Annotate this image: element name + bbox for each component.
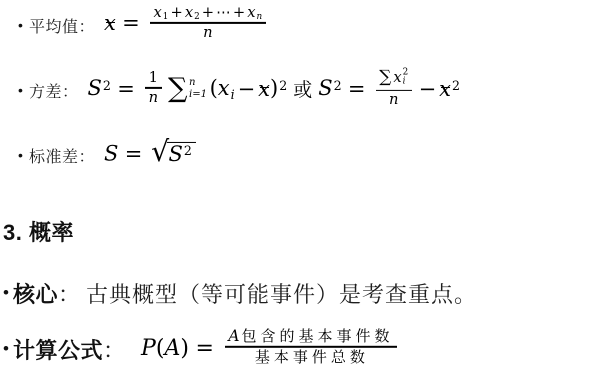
calc-formula-colon: ：	[103, 334, 125, 365]
math-token-bar: x	[104, 13, 116, 34]
math-token-sup: 2	[452, 78, 460, 93]
math-token-v: n	[149, 89, 158, 106]
math-token-sum: ∑ni=1	[168, 77, 207, 100]
math-token-v: x	[154, 3, 162, 20]
variance-label: 方差：	[29, 79, 79, 102]
math-token-v: S	[318, 77, 332, 101]
math-token-rel: =	[117, 77, 135, 101]
math-token-op: −	[419, 77, 437, 101]
math-token-op: +	[170, 3, 182, 20]
math-token-sub: i	[231, 87, 235, 102]
list-item-core: • 核心 ： 古典概型（等可能事件）是考查重点。	[3, 278, 477, 308]
math-token-sup: 2	[103, 78, 111, 93]
probability-formula: P(A)=A包含的基本事件数基本事件总数	[141, 331, 401, 367]
mean-label: 平均值：	[29, 14, 95, 37]
math-token-plain: (	[210, 77, 218, 101]
math-token-op: −	[238, 77, 256, 101]
math-token-v: S	[88, 77, 102, 101]
calc-formula-label: 计算公式	[13, 334, 103, 365]
math-token-sup: 2	[184, 143, 192, 158]
list-item-formula: • 计算公式 ： P(A)=A包含的基本事件数基本事件总数	[3, 320, 401, 378]
math-token-v: x	[218, 77, 230, 101]
math-token-v: S	[104, 142, 118, 166]
math-token-frac: A包含的基本事件数基本事件总数	[225, 329, 398, 365]
variance-formula: S2=1n∑ni=1(xi−x)2或S2=∑x2in−x2	[88, 70, 460, 109]
mean-formula: x=x1+x2+⋯+xnn	[104, 8, 270, 43]
math-token-plain: )	[180, 336, 189, 361]
math-token-rel: =	[196, 336, 214, 361]
list-item-mean: • 平均值： x=x1+x2+⋯+xnn	[18, 2, 270, 48]
math-token-op: +	[233, 3, 245, 20]
math-token-bar: x	[439, 79, 451, 100]
math-token-plain: )	[270, 77, 278, 101]
math-token-frac: x1+x2+⋯+xnn	[150, 5, 266, 40]
math-token-sub: n	[257, 12, 263, 22]
math-token-rel: =	[125, 142, 143, 166]
math-token-v: x	[247, 3, 255, 20]
document-page: • 平均值： x=x1+x2+⋯+xnn • 方差： S2=1n∑ni=1(xi…	[0, 0, 616, 391]
math-token-v: x	[185, 3, 193, 20]
stddev-formula: S=√S2	[104, 143, 196, 167]
math-token-sup: 2	[334, 78, 342, 93]
stddev-label: 标准差：	[29, 144, 95, 167]
math-token-supsub: 2i	[403, 69, 409, 88]
math-token-txt: 基本事件总数	[255, 349, 369, 366]
math-token-v: A	[164, 336, 180, 361]
bullet-icon: •	[18, 82, 29, 98]
math-token-plain: ⋯	[216, 3, 231, 20]
math-token-txt: 或	[293, 80, 312, 101]
math-token-frac: ∑x2in	[376, 68, 412, 107]
math-token-v: P	[141, 336, 156, 361]
math-token-v: n	[389, 91, 398, 108]
math-token-sub: 1	[163, 12, 169, 22]
math-token-op: +	[202, 3, 214, 20]
math-token-rel: =	[348, 77, 366, 101]
math-token-frac: 1n	[145, 71, 162, 106]
math-token-v: A	[228, 327, 239, 345]
list-item-variance: • 方差： S2=1n∑ni=1(xi−x)2或S2=∑x2in−x2	[18, 66, 460, 114]
math-token-v: n	[203, 24, 212, 41]
bullet-icon: •	[18, 17, 29, 33]
bullet-icon: •	[3, 283, 13, 303]
section-heading-probability: 3. 概率	[3, 216, 74, 247]
bullet-icon: •	[18, 147, 29, 163]
math-token-sub: 2	[194, 12, 200, 22]
math-token-txt: 包含的基本事件数	[241, 328, 393, 345]
core-text: 古典概型（等可能事件）是考查重点。	[86, 278, 477, 309]
math-token-bar: x	[258, 79, 270, 100]
math-token-rel: =	[122, 11, 140, 35]
bullet-icon: •	[3, 339, 13, 359]
core-label: 核心	[13, 278, 58, 309]
math-token-v: x	[393, 69, 401, 86]
math-token-plain: 1	[149, 69, 158, 86]
list-item-stddev: • 标准差： S=√S2	[18, 132, 196, 178]
math-token-sqrt: √S2	[151, 142, 196, 166]
math-token-sumsm: ∑	[379, 66, 391, 86]
core-colon: ：	[58, 278, 80, 309]
math-token-v: S	[168, 142, 182, 166]
math-token-sup: 2	[279, 78, 287, 93]
